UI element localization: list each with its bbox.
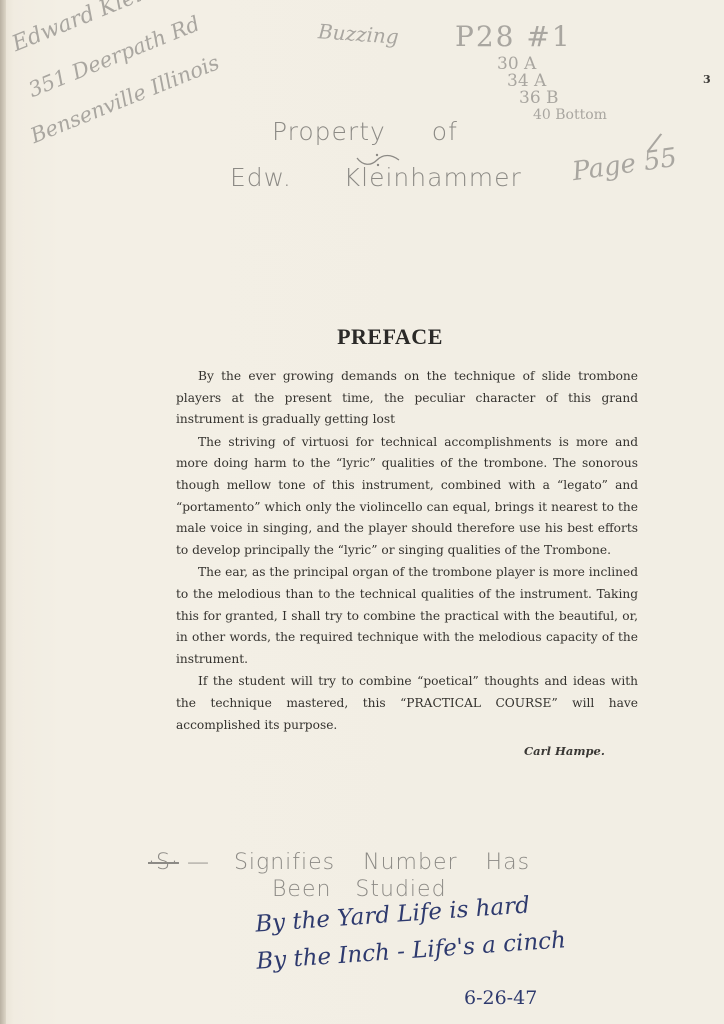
- legend-word: Has: [486, 850, 531, 875]
- preface-body: By the ever growing demands on the techn…: [176, 366, 638, 736]
- paragraph: By the ever growing demands on the techn…: [176, 366, 638, 431]
- ownership-line-1: Propertyof: [272, 117, 458, 146]
- legend-line-1: ·S· — SignifiesNumberHas: [148, 850, 530, 875]
- ownership-word: Edw.: [230, 163, 292, 192]
- notes-item: 36 B: [497, 90, 607, 107]
- legend-word: Number: [363, 850, 457, 875]
- author-signature: Carl Hampe.: [524, 744, 605, 758]
- paragraph: The ear, as the principal organ of the t…: [176, 562, 638, 670]
- legend-dash: —: [187, 850, 210, 875]
- ownership-line-2: Edw.Kleinhammer: [230, 163, 522, 192]
- notes-reference: P28 #1: [455, 20, 572, 53]
- legend-line-2: BeenStudied: [272, 877, 447, 902]
- ownership-word: Kleinhammer: [344, 163, 522, 192]
- studied-symbol-icon: ·S·: [148, 850, 179, 875]
- ownership-word: Property: [272, 117, 386, 146]
- notes-item: 40 Bottom: [497, 107, 607, 124]
- notes-heading: Buzzing: [317, 19, 399, 49]
- page-number: 3: [703, 73, 711, 86]
- notes-list: 30 A 34 A 36 B 40 Bottom: [497, 56, 607, 124]
- paragraph: The striving of virtuosi for technical a…: [176, 432, 638, 562]
- legend-word: Been: [272, 877, 331, 902]
- legend-word: Signifies: [234, 850, 335, 875]
- document-page: 3 Edward Kleinhammer 351 Deerpath Rd Ben…: [0, 0, 724, 1024]
- notes-page-ref: Page 55: [570, 143, 678, 187]
- ownership-word: of: [432, 117, 458, 146]
- page-title: PREFACE: [0, 324, 724, 350]
- paragraph: If the student will try to combine “poet…: [176, 671, 638, 736]
- motto-date: 6-26-47: [464, 987, 537, 1009]
